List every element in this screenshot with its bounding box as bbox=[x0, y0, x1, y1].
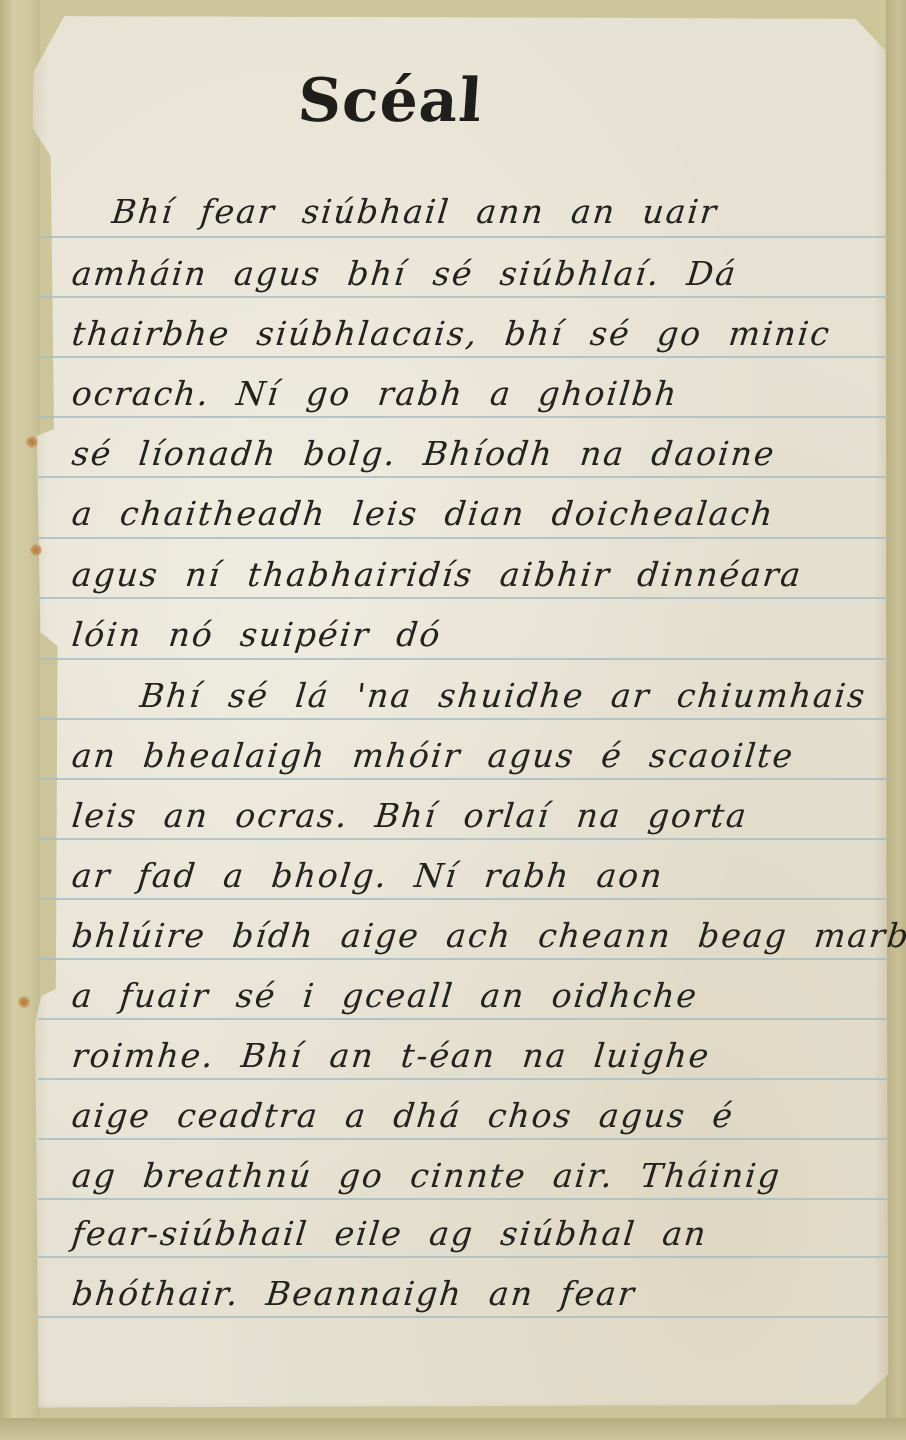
ruled-line bbox=[38, 416, 888, 418]
ruled-line bbox=[38, 236, 888, 238]
ruled-line bbox=[38, 1078, 888, 1080]
text-line: lóin nó suipéir dó bbox=[70, 615, 874, 655]
text-line: leis an ocras. Bhí orlaí na gorta bbox=[70, 796, 874, 836]
text-line: ar fad a bholg. Ní rabh aon bbox=[70, 856, 874, 896]
text-line: an bhealaigh mhóir agus é scaoilte bbox=[70, 736, 874, 776]
ruled-line bbox=[38, 356, 888, 358]
staple-rust-mark bbox=[18, 996, 30, 1008]
text-line: ocrach. Ní go rabh a ghoilbh bbox=[70, 374, 874, 414]
text-line: a fuair sé i gceall an oidhche bbox=[70, 976, 874, 1016]
binding-edge-bottom bbox=[0, 1418, 906, 1440]
page-title: Scéal bbox=[296, 66, 486, 136]
ruled-line bbox=[38, 718, 888, 720]
ruled-line bbox=[38, 838, 888, 840]
ruled-line bbox=[38, 537, 888, 539]
text-line: Bhí sé lá 'na shuidhe ar chiumhais bbox=[138, 676, 906, 716]
ruled-line bbox=[38, 1138, 888, 1140]
text-line: thairbhe siúbhlacais, bhí sé go minic bbox=[70, 314, 874, 354]
text-line: roimhe. Bhí an t-éan na luighe bbox=[70, 1036, 874, 1076]
ruled-line bbox=[38, 1256, 888, 1258]
text-line: Bhí fear siúbhail ann an uair bbox=[110, 192, 906, 232]
text-line: agus ní thabhairidís aibhir dinnéara bbox=[70, 555, 874, 595]
ruled-line bbox=[38, 476, 888, 478]
staple-rust-mark bbox=[30, 544, 42, 556]
ruled-line bbox=[38, 778, 888, 780]
text-line: bhlúire bídh aige ach cheann beag marbh bbox=[70, 916, 874, 956]
ruled-line bbox=[38, 597, 888, 599]
ruled-line bbox=[38, 1198, 888, 1200]
text-line: amháin agus bhí sé siúbhlaí. Dá bbox=[70, 254, 874, 294]
ruled-line bbox=[38, 658, 888, 660]
text-line: sé líonadh bolg. Bhíodh na daoine bbox=[70, 434, 874, 474]
ruled-line bbox=[38, 958, 888, 960]
text-line: aige ceadtra a dhá chos agus é bbox=[70, 1096, 874, 1136]
text-line: a chaitheadh leis dian doichealach bbox=[70, 494, 874, 534]
ruled-line bbox=[38, 1316, 888, 1318]
text-line: fear-siúbhail eile ag siúbhal an bbox=[70, 1214, 874, 1254]
ruled-line bbox=[38, 296, 888, 298]
text-line: ag breathnú go cinnte air. Tháinig bbox=[70, 1156, 874, 1196]
ruled-line bbox=[38, 1018, 888, 1020]
staple-rust-mark bbox=[26, 436, 38, 448]
ruled-line bbox=[38, 898, 888, 900]
text-line: bhóthair. Beannaigh an fear bbox=[70, 1274, 874, 1314]
